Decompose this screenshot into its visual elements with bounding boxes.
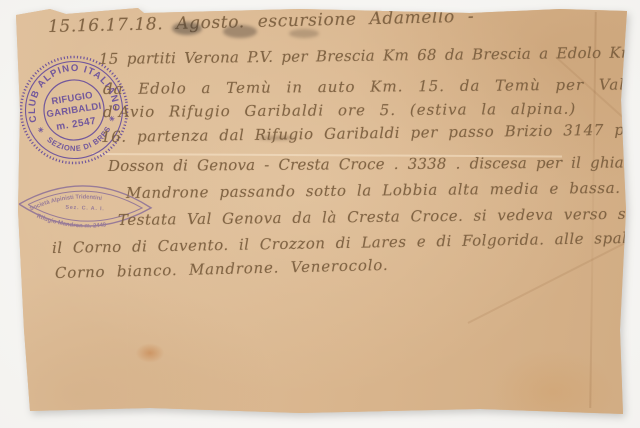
document-paper: CLUB ALPINO ITALIANO SEZIONE DI BRESCIA … (0, 0, 640, 428)
handwritten-line-5: 16. partenza dal Rifugio Garibaldi per p… (101, 120, 640, 146)
handwritten-line-7: Mandrone passando sotto la Lobbia alta m… (126, 179, 621, 202)
handwritten-line-2: 15 partiti Verona P.V. per Brescia Km 68… (99, 43, 640, 68)
stamp-center-line3: m. 2547 (56, 116, 97, 133)
handwritten-line-4: d'Avio Rifugio Garibaldi ore 5. (estiva … (103, 100, 576, 121)
stamp-star-left-icon: ✳ (37, 126, 44, 135)
handwritten-line-8: Testata Val Genova da là Cresta Croce. s… (118, 204, 640, 229)
oval-arc-bottom-text: Rifugio Mandron m. 2449 (35, 213, 108, 230)
paper-crease (468, 238, 634, 324)
handwritten-line-3: da Edolo a Temù in auto Km. 15. da Temù … (103, 75, 640, 98)
paper-wrap: CLUB ALPINO ITALIANO SEZIONE DI BRESCIA … (0, 0, 640, 428)
oval-middle-text: Sez. C. A. I. (65, 205, 104, 213)
handwritten-line-10: Corno bianco. Mandrone. Venerocolo. (55, 256, 389, 282)
handwritten-line-1: 15.16.17.18. Agosto. escursione Adamello… (48, 7, 475, 37)
handwritten-line-6: Dosson di Genova - Cresta Croce . 3338 .… (108, 153, 640, 175)
